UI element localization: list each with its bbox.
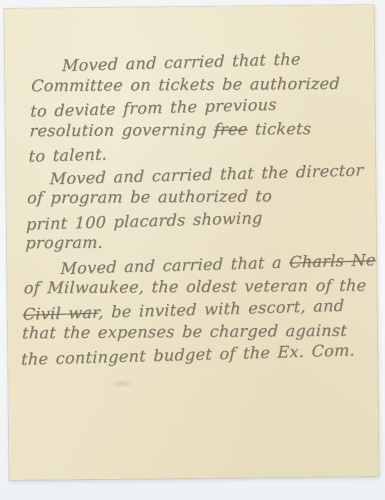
struck-text: free (213, 119, 248, 138)
line-text: resolution governing (29, 119, 214, 139)
minutes-paragraph-tickets: Moved and carried that the Committee on … (28, 48, 374, 166)
struck-text: Civil war (23, 302, 99, 323)
line-text: tickets (247, 119, 312, 139)
line-text: Moved and carried that a (60, 252, 289, 277)
line-text: to talent. (28, 144, 107, 165)
struck-text: Charls Nelson (289, 249, 378, 271)
scan-background: Moved and carried that the Committee on … (0, 0, 385, 500)
line-text: of Milwaukee, the oldest veteran of the (23, 276, 366, 298)
notebook-page: Moved and carried that the Committee on … (5, 5, 379, 480)
pencil-smudge (108, 380, 134, 388)
line-text: that the expenses be charged against (22, 321, 348, 343)
line-text: Committee on tickets be authorized (31, 73, 341, 94)
minutes-paragraph-placards: Moved and carried that the director of p… (25, 161, 370, 256)
minutes-text: Moved and carried that the Committee on … (21, 48, 375, 369)
line-text: , be invited with escort, and (98, 295, 344, 321)
line-text: program. (25, 233, 103, 253)
line-text: print 100 placards showing (26, 208, 263, 234)
line-text: Moved and carried that the (62, 49, 301, 75)
line-text: to deviate from the previous (30, 95, 277, 121)
line-text: of program be authorized to (27, 186, 273, 207)
minutes-paragraph-veteran-invite: Moved and carried that a Charls Nelson o… (21, 251, 367, 369)
